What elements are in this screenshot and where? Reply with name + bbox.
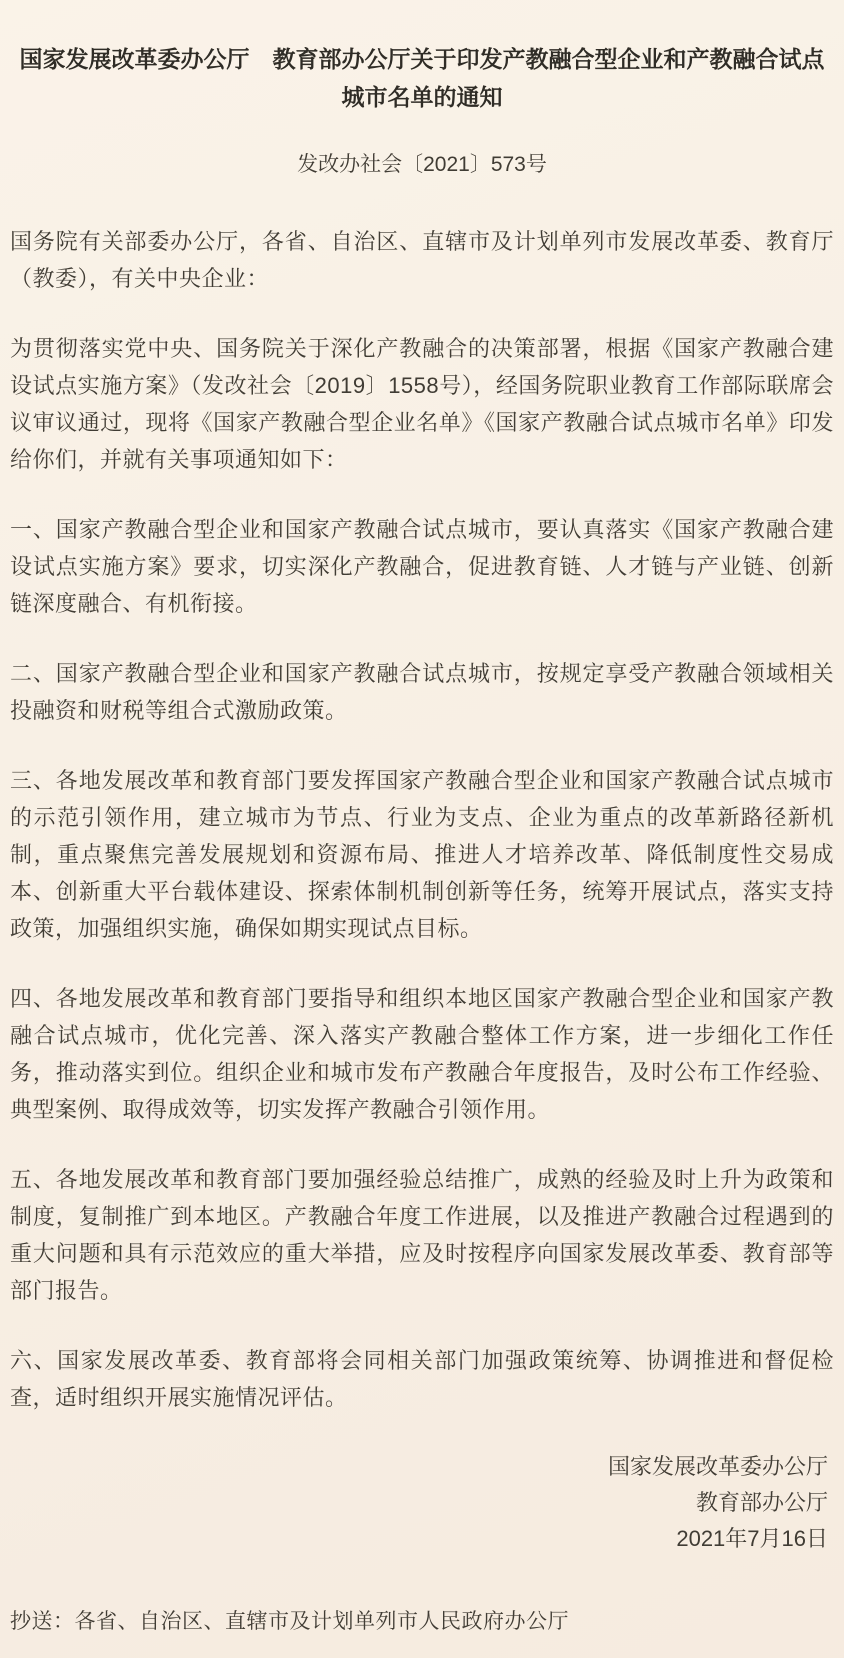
notice-document-page: 国家发展改革委办公厅 教育部办公厅关于印发产教融合型企业和产教融合试点城市名单的… (0, 0, 844, 1658)
cc-line: 抄送：各省、自治区、直辖市及计划单列市人民政府办公厅 (10, 1607, 834, 1637)
document-body: 国务院有关部委办公厅，各省、自治区、直辖市及计划单列市发展改革委、教育厅（教委）… (10, 223, 834, 1416)
signature-block: 国家发展改革委办公厅 教育部办公厅 2021年7月16日 (10, 1449, 834, 1557)
salutation-paragraph: 国务院有关部委办公厅，各省、自治区、直辖市及计划单列市发展改革委、教育厅（教委）… (10, 223, 834, 297)
body-paragraph-item-1: 一、国家产教融合型企业和国家产教融合试点城市，要认真落实《国家产教融合建设试点实… (10, 511, 834, 622)
intro-paragraph: 为贯彻落实党中央、国务院关于深化产教融合的决策部署，根据《国家产教融合建设试点实… (10, 330, 834, 478)
signature-agency-ndrc: 国家发展改革委办公厅 (10, 1449, 828, 1485)
signature-agency-moe: 教育部办公厅 (10, 1485, 828, 1521)
body-paragraph-item-2: 二、国家产教融合型企业和国家产教融合试点城市，按规定享受产教融合领域相关投融资和… (10, 655, 834, 729)
document-title: 国家发展改革委办公厅 教育部办公厅关于印发产教融合型企业和产教融合试点城市名单的… (10, 40, 834, 116)
signature-date: 2021年7月16日 (10, 1521, 828, 1557)
document-number: 发改办社会〔2021〕573号 (10, 150, 834, 180)
body-paragraph-item-4: 四、各地发展改革和教育部门要指导和组织本地区国家产教融合型企业和国家产教融合试点… (10, 980, 834, 1128)
body-paragraph-item-3: 三、各地发展改革和教育部门要发挥国家产教融合型企业和国家产教融合试点城市的示范引… (10, 762, 834, 947)
body-paragraph-item-5: 五、各地发展改革和教育部门要加强经验总结推广，成熟的经验及时上升为政策和制度，复… (10, 1161, 834, 1309)
body-paragraph-item-6: 六、国家发展改革委、教育部将会同相关部门加强政策统筹、协调推进和督促检查，适时组… (10, 1342, 834, 1416)
